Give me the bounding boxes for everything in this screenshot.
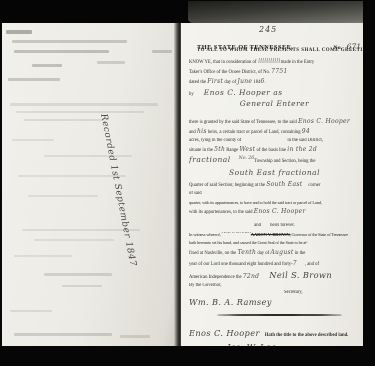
grant-line: By the Governor, — [189, 283, 360, 290]
bleedthrough-mark — [62, 285, 102, 287]
printed-text: dated the — [189, 80, 207, 85]
handwritten-text: South East — [266, 181, 302, 188]
blank-space — [297, 264, 305, 265]
printed-text: quarter, with its appurtenances, to have… — [189, 200, 322, 205]
grant-line: and his heirs forever. — [189, 223, 360, 230]
bleedthrough-mark — [152, 50, 172, 53]
handwritten-text: his — [262, 223, 269, 225]
printed-text: in the said District, — [287, 138, 323, 143]
printed-text: of said — [189, 191, 202, 196]
blank-space — [259, 277, 269, 278]
printed-text: made in the Entry — [280, 60, 315, 65]
handwritten-text: West — [239, 146, 255, 153]
separator-rule — [217, 314, 342, 316]
bleedthrough-mark — [120, 335, 150, 338]
printed-text: acres, lying in the county of — [189, 138, 241, 143]
grant-line: South East fractional — [189, 168, 360, 179]
bleedthrough-mark — [28, 195, 98, 197]
grant-line: and his heirs, a certain tract or parcel… — [189, 128, 360, 137]
grant-line: Secretary, — [189, 290, 360, 297]
grant-line: fractionalNo. 26Township and Section, be… — [189, 155, 360, 166]
printed-text: day of — [223, 80, 237, 85]
printed-text: , and of — [305, 262, 319, 267]
printed-text: in the — [294, 251, 306, 256]
grant-line: Enos C. HooperHath the title to the abov… — [189, 328, 360, 340]
printed-text: In witness whereof, — [189, 232, 222, 237]
illegible-handwriting — [258, 58, 280, 63]
printed-text: and — [254, 223, 262, 228]
printed-text: KNOW YE, that in consideration of — [189, 60, 258, 65]
photo-border-right — [363, 0, 375, 366]
grant-line: there is granted by the said State of Te… — [189, 118, 360, 127]
bleedthrough-mark — [24, 119, 102, 121]
handwritten-text: Neil S Brown — [222, 232, 251, 235]
printed-text: American Independence the — [189, 275, 243, 280]
handwritten-text: fractional — [189, 155, 231, 164]
blank-space — [194, 94, 204, 95]
grant-line: In witness whereof, Neil S BrownAARON V.… — [189, 232, 360, 240]
printed-text: of the basis line — [255, 148, 287, 153]
handwritten-text: June — [237, 78, 252, 85]
grant-line: of said — [189, 191, 360, 198]
handwritten-text: South East fractional — [229, 168, 320, 177]
bleedthrough-mark — [34, 239, 114, 241]
printed-text: situate in the — [189, 148, 214, 153]
printed-text: year of our Lord one thousand eight hund… — [189, 262, 293, 267]
left-page: Recorded 1st September 1847 — [2, 23, 181, 346]
printed-text: Secretary, — [284, 290, 303, 295]
printed-text: fixed at Nashville, on the — [189, 251, 237, 256]
handwritten-text: 94 — [302, 128, 310, 135]
blank-space — [189, 292, 284, 293]
printed-text: day of — [256, 251, 270, 256]
bleedthrough-mark — [14, 255, 72, 257]
handwritten-text: Enos C. Hooper — [254, 208, 306, 215]
photo-border-bottom — [0, 347, 375, 366]
grant-line: hath hereunto set his hand, and caused t… — [189, 240, 360, 246]
signature-handwritten: Enos C. Hooper — [189, 328, 260, 338]
torn-paper-edge — [188, 1, 375, 25]
grant-line: situate in the 5th Range West of the bas… — [189, 146, 360, 155]
struck-out-name: AARON V. BROWN, — [251, 232, 291, 237]
handwritten-text: 72nd — [243, 273, 260, 280]
grant-line: KNOW YE, that in consideration of made i… — [189, 58, 360, 67]
handwritten-text: First — [207, 78, 223, 85]
grant-line: General Enterer — [189, 99, 360, 110]
handwritten-text: 7751 — [271, 68, 287, 75]
printed-text: heirs forever. — [269, 223, 295, 228]
bleedthrough-mark — [12, 40, 127, 43]
recording-note-handwritten: Recorded 1st September 1847 — [98, 113, 140, 282]
bleedthrough-mark — [44, 155, 132, 157]
printed-text: there is granted by the said State of Te… — [189, 120, 298, 125]
printed-text: heirs, a certain tract or parcel of Land… — [207, 130, 302, 135]
grant-line: acres, lying in the county ofin the said… — [189, 138, 360, 145]
printed-text: By the Governor, — [189, 283, 222, 288]
grant-line: fixed at Nashville, on the Tenth day of … — [189, 249, 360, 258]
handwritten-text: Enos C. Hooper — [298, 118, 350, 125]
bleedthrough-mark — [10, 310, 52, 312]
right-page: 245 THE STATE OF TENNESSEE, No. 671 TO A… — [181, 23, 364, 346]
printed-text: Taker's Office of the Ocoee District, of… — [189, 70, 271, 75]
grant-line: Quarter of said Section; beginning at th… — [189, 181, 360, 190]
grant-line: year of our Lord one thousand eight hund… — [189, 260, 360, 269]
bleedthrough-mark — [8, 78, 60, 81]
bleedthrough-mark — [14, 50, 109, 53]
grant-line: byEnos C. Hooper as — [189, 88, 360, 99]
printed-text: Township and Section, being the — [254, 159, 315, 164]
page-number-note: 245 — [259, 25, 277, 34]
printed-text: . — [265, 80, 266, 85]
handwritten-text: General Enterer — [240, 99, 309, 108]
handwritten-text: Tenth — [237, 249, 256, 256]
printed-text: with its appurtenances, to the said — [189, 210, 254, 215]
printed-text: hath hereunto set his hand, and caused t… — [189, 240, 308, 245]
bleedthrough-mark — [14, 333, 112, 336]
signature-handwritten: Jas. W. Lea — [227, 342, 276, 346]
bleedthrough-mark — [22, 229, 140, 231]
handwritten-text: Enos C. Hooper as — [204, 88, 283, 97]
printed-text: Quarter of said Section; beginning at th… — [189, 183, 266, 188]
bleedthrough-mark — [18, 175, 126, 177]
printed-text: and — [189, 130, 197, 135]
grant-line: Taker's Office of the Ocoee District, of… — [189, 68, 360, 77]
printed-text: Governor of the State of Tennessee — [291, 232, 349, 237]
grant-line: American Independence the 72ndNeil S. Br… — [189, 270, 360, 282]
blank-space — [231, 161, 239, 162]
signature-handwritten: Neil S. Brown — [269, 270, 332, 280]
grant-body: KNOW YE, that in consideration of made i… — [189, 58, 360, 346]
bleedthrough-mark — [12, 139, 54, 141]
handwritten-text: in the 2d — [287, 146, 317, 153]
bleedthrough-mark — [16, 111, 144, 113]
printed-text: Range — [225, 148, 239, 153]
blank-space — [241, 140, 287, 141]
handwritten-text: August — [270, 249, 293, 256]
handwritten-text: 5th — [214, 146, 225, 153]
grant-line: Jas. W. LeaRegister of the Ocoee Distric… — [189, 342, 360, 346]
bleedthrough-mark — [97, 61, 125, 64]
grant-line: quarter, with its appurtenances, to have… — [189, 200, 360, 206]
salutation-line: TO ALL TO WHOM THESE PRESENTS SHALL COME… — [197, 48, 364, 53]
bleedthrough-mark — [6, 30, 32, 34]
printed-text: Hath the title to the above described la… — [265, 333, 349, 338]
bleedthrough-mark — [32, 64, 62, 67]
signature-handwritten: Wm. B. A. Ramsey — [189, 297, 272, 307]
printed-text: corner — [308, 183, 320, 188]
handwritten-text: his — [197, 128, 207, 135]
bleedthrough-mark — [10, 103, 158, 106]
grant-line: with its appurtenances, to the said Enos… — [189, 208, 360, 217]
grant-line: dated the First day of June 1846. — [189, 78, 360, 87]
grant-line: Wm. B. A. Ramsey — [189, 297, 360, 309]
bleedthrough-mark — [44, 273, 112, 276]
handwritten-text: No. 26 — [239, 156, 254, 161]
